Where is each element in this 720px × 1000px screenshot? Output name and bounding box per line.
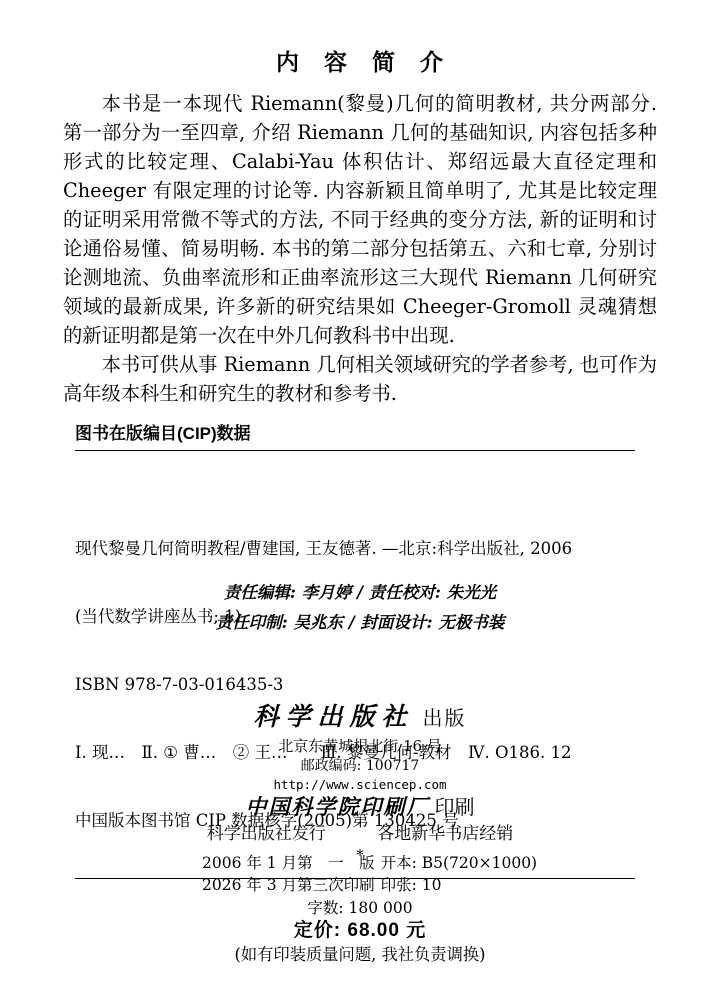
publisher-postcode: 邮政编码: 100717 — [0, 757, 720, 776]
cip-title-line: 现代黎曼几何简明教程/曹建国, 王友德著. —北京:科学出版社, 2006 — [75, 534, 635, 564]
printing-line: 2026 年 3 月第三次印刷 — [202, 874, 375, 896]
distributor-bookstores: 各地新华书店经销 — [377, 824, 513, 844]
credit-printer-designer: 责任印制: 吴兆东 / 封面设计: 无极书装 — [0, 608, 720, 638]
publisher-name-line: 科学出版社 出版 — [0, 700, 720, 736]
publisher-logo-script: 科学出版社 — [253, 702, 413, 731]
sheets-line: 印张: 10 — [381, 874, 538, 896]
distribution-line: 科学出版社发行 各地新华书店经销 — [0, 822, 720, 846]
format-line: 开本: B5(720×1000) — [381, 852, 538, 874]
print-label: 印刷 — [435, 795, 475, 819]
edition-line: 2006 年 1 月第 一 版 — [202, 852, 375, 874]
content-summary: 本书是一本现代 Riemann(黎曼)几何的简明教材, 共分两部分. 第一部分为… — [63, 89, 657, 408]
publisher-block: 科学出版社 出版 北京东黄城根北街 16 号 邮政编码: 100717 http… — [0, 700, 720, 862]
summary-paragraph-1: 本书是一本现代 Riemann(黎曼)几何的简明教材, 共分两部分. 第一部分为… — [63, 89, 657, 350]
credit-editor-proofreader: 责任编辑: 李月婷 / 责任校对: 朱光光 — [0, 578, 720, 608]
printer-line: 中国科学院印刷厂 印刷 — [0, 793, 720, 822]
cip-isbn-line: ISBN 978-7-03-016435-3 — [75, 670, 635, 700]
quality-exchange-note: (如有印装质量问题, 我社负责调换) — [0, 941, 720, 965]
publisher-address: 北京东黄城根北街 16 号 — [0, 736, 720, 757]
cip-header: 图书在版编目(CIP)数据 — [75, 419, 635, 451]
price: 定价: 68.00 元 — [0, 915, 720, 942]
page-title: 内 容 简 介 — [0, 44, 720, 77]
publish-label: 出版 — [423, 706, 467, 730]
printer-logo-script: 中国科学院印刷厂 — [245, 794, 429, 819]
distributor-publisher: 科学出版社发行 — [207, 824, 326, 844]
staff-credits: 责任编辑: 李月婷 / 责任校对: 朱光光 责任印制: 吴兆东 / 封面设计: … — [0, 578, 720, 638]
edition-details: 2006 年 1 月第 一 版 开本: B5(720×1000) 2026 年 … — [202, 852, 537, 896]
copyright-page: 内 容 简 介 本书是一本现代 Riemann(黎曼)几何的简明教材, 共分两部… — [0, 0, 720, 1000]
publisher-url: http://www.sciencep.com — [0, 776, 720, 793]
